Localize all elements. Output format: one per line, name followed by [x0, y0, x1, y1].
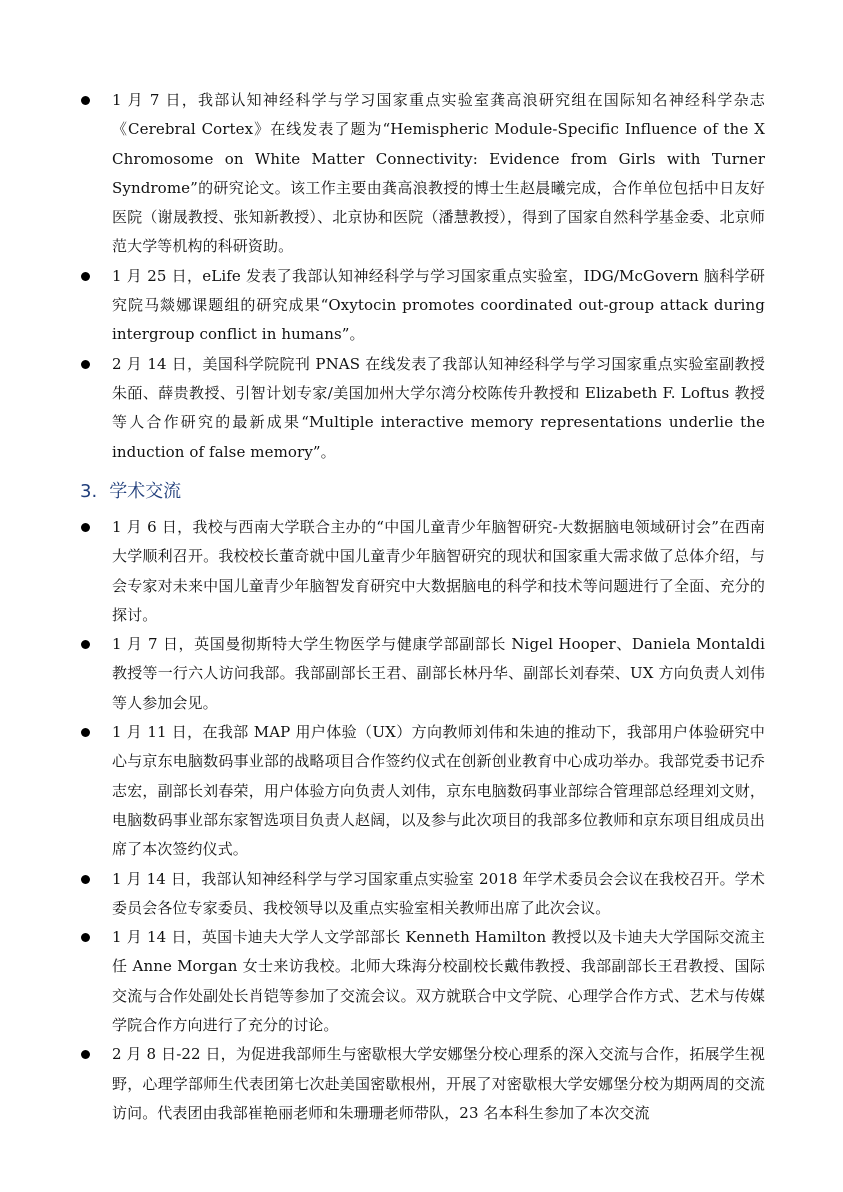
academic-exchange-list: 1 月 6 日，我校与西南大学联合主办的“中国儿童青少年脑智研究-大数据脑电领域…	[80, 513, 765, 1128]
item-text: 1 月 7 日，英国曼彻斯特大学生物医学与健康学部副部长 Nigel Hoope…	[112, 635, 765, 712]
item-text: 1 月 25 日，eLife 发表了我部认知神经科学与学习国家重点实验室，IDG…	[112, 267, 765, 344]
item-text: 1 月 14 日，我部认知神经科学与学习国家重点实验室 2018 年学术委员会会…	[112, 870, 765, 917]
list-item: 2 月 14 日，美国科学院院刊 PNAS 在线发表了我部认知神经科学与学习国家…	[80, 350, 765, 467]
list-item: 1 月 6 日，我校与西南大学联合主办的“中国儿童青少年脑智研究-大数据脑电领域…	[80, 513, 765, 630]
list-item: 1 月 11 日，在我部 MAP 用户体验（UX）方向教师刘伟和朱迪的推动下，我…	[80, 718, 765, 864]
bullet-icon	[81, 96, 90, 105]
list-item: 1 月 14 日，我部认知神经科学与学习国家重点实验室 2018 年学术委员会会…	[80, 865, 765, 924]
document-page: 1 月 7 日，我部认知神经科学与学习国家重点实验室龚高浪研究组在国际知名神经科…	[0, 0, 843, 1192]
section-title: 学术交流	[109, 477, 181, 503]
bullet-icon	[81, 272, 90, 281]
list-item: 1 月 25 日，eLife 发表了我部认知神经科学与学习国家重点实验室，IDG…	[80, 262, 765, 350]
item-text: 2 月 8 日-22 日，为促进我部师生与密歇根大学安娜堡分校心理系的深入交流与…	[112, 1045, 765, 1122]
list-item: 1 月 7 日，我部认知神经科学与学习国家重点实验室龚高浪研究组在国际知名神经科…	[80, 86, 765, 262]
section-heading: 3. 学术交流	[80, 477, 181, 503]
list-item: 2 月 8 日-22 日，为促进我部师生与密歇根大学安娜堡分校心理系的深入交流与…	[80, 1040, 765, 1128]
list-item: 1 月 14 日，英国卡迪夫大学人文学部部长 Kenneth Hamilton …	[80, 923, 765, 1040]
item-text: 1 月 14 日，英国卡迪夫大学人文学部部长 Kenneth Hamilton …	[112, 928, 765, 1034]
bullet-icon	[81, 933, 90, 942]
section-number: 3.	[80, 481, 97, 502]
bullet-icon	[81, 523, 90, 532]
bullet-icon	[81, 728, 90, 737]
bullet-icon	[81, 1050, 90, 1059]
bullet-icon	[81, 875, 90, 884]
bullet-icon	[81, 360, 90, 369]
item-text: 1 月 11 日，在我部 MAP 用户体验（UX）方向教师刘伟和朱迪的推动下，我…	[112, 723, 765, 858]
item-text: 1 月 7 日，我部认知神经科学与学习国家重点实验室龚高浪研究组在国际知名神经科…	[112, 91, 765, 255]
bullet-icon	[81, 640, 90, 649]
list-item: 1 月 7 日，英国曼彻斯特大学生物医学与健康学部副部长 Nigel Hoope…	[80, 630, 765, 718]
item-text: 1 月 6 日，我校与西南大学联合主办的“中国儿童青少年脑智研究-大数据脑电领域…	[112, 518, 765, 624]
item-text: 2 月 14 日，美国科学院院刊 PNAS 在线发表了我部认知神经科学与学习国家…	[112, 355, 765, 461]
research-results-list: 1 月 7 日，我部认知神经科学与学习国家重点实验室龚高浪研究组在国际知名神经科…	[80, 86, 765, 467]
